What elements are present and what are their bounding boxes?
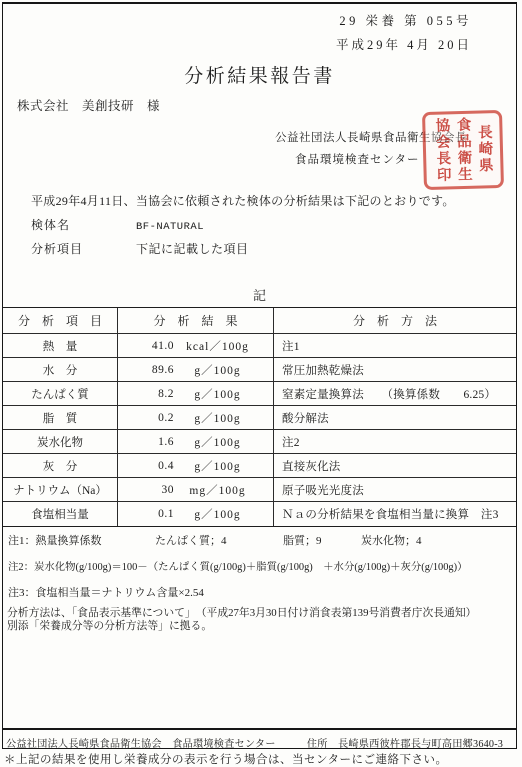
table-cell-method: 注2 (274, 430, 516, 454)
result-value: 1.6 (128, 436, 174, 448)
analysis-items-value: 下記に記載した項目 (136, 242, 249, 256)
table-cell-result: 89.6 g／100g (118, 358, 274, 382)
column-header-method: 分 析 方 法 (274, 308, 516, 334)
table-cell-result: 41.0 kcal／100g (118, 334, 274, 358)
footer-org-address: 公益社団法人長崎県食品衛生協会 食品環境検査センター 住所 長崎県西彼杵郡長与町… (6, 735, 514, 750)
table-cell-item: 炭水化物 (3, 430, 118, 454)
addressee: 株式会社 美創技研 様 (17, 96, 160, 114)
result-unit: g／100g (174, 410, 261, 426)
column-header-result: 分 析 結 果 (118, 308, 274, 334)
table-cell-item: 熱 量 (3, 334, 118, 358)
sample-name-row: 検体名 BF-NATURAL (31, 216, 204, 233)
result-value: 0.2 (128, 412, 174, 424)
result-unit: g／100g (174, 506, 261, 522)
note-1-part: 炭水化物；4 (361, 532, 422, 548)
note-3: 注3：食塩相当量＝ナトリウム含量×2.54 (8, 584, 516, 600)
result-unit: g／100g (174, 386, 261, 402)
table-cell-method: 窒素定量換算法 （換算係数 6.25） (274, 382, 516, 406)
table-cell-item: 水 分 (3, 358, 118, 382)
result-unit: g／100g (174, 362, 261, 378)
official-seal-stamp: 長崎県 食品衛生 協会長印 (422, 110, 504, 190)
result-unit: mg／100g (174, 482, 261, 498)
note-2: 注2：炭水化物(g/100g)＝100－（たんぱく質(g/100g)＋脂質(g/… (8, 558, 516, 573)
intro-sentence: 平成29年4月11日、当協会に依頼された検体の分析結果は下記のとおりです。 (31, 192, 455, 209)
table-cell-item: たんぱく質 (3, 382, 118, 406)
table-cell-method: 原子吸光光度法 (274, 478, 516, 502)
note-1: 注1：熱量換算係数 たんぱく質；4 脂質；9 炭水化物；4 (3, 532, 516, 546)
result-unit: g／100g (174, 458, 261, 474)
result-value: 89.6 (128, 364, 174, 376)
result-value: 8.2 (128, 388, 174, 400)
doc-number: 29 栄養 第 055号 (339, 11, 472, 29)
scanned-report: { "header": { "doc_number": "29 栄養 第 055… (0, 0, 522, 767)
result-value: 0.1 (128, 508, 174, 520)
bottom-contact-note: ＊上記の結果を使用し栄養成分の表示を行う場合は、当センターにご連絡下さい。 (4, 751, 448, 767)
page-title: 分析結果報告書 (3, 61, 516, 88)
table-cell-method: 酸分解法 (274, 406, 516, 430)
table-cell-method: 直接灰化法 (274, 454, 516, 478)
table-cell-result: 8.2 g／100g (118, 382, 274, 406)
table-cell-method: Ｎａの分析結果を食塩相当量に換算 注3 (274, 502, 516, 526)
table-cell-result: 0.2 g／100g (118, 406, 274, 430)
footer-divider (3, 728, 516, 730)
analysis-table: 分 析 項 目 分 析 結 果 分 析 方 法 熱 量 41.0 kcal／10… (3, 307, 516, 527)
issuer-org-center: 食品環境検査センター (295, 151, 420, 167)
note-1-part: 脂質；9 (283, 532, 322, 548)
stamp-text-column: 食品衛生 (455, 117, 471, 183)
note-1-part: たんぱく質；4 (155, 532, 227, 548)
result-value: 30 (128, 484, 174, 496)
analysis-items-row: 分析項目 下記に記載した項目 (31, 240, 249, 257)
table-cell-result: 1.6 g／100g (118, 430, 274, 454)
table-cell-item: ナトリウム（Na） (3, 478, 118, 502)
column-header-item: 分 析 項 目 (3, 308, 118, 334)
table-cell-item: 脂 質 (3, 406, 118, 430)
stamp-text-column: 協会長印 (434, 117, 450, 183)
result-value: 0.4 (128, 460, 174, 472)
table-cell-method: 常圧加熱乾燥法 (274, 358, 516, 382)
note-1-label: 注1：熱量換算係数 (8, 532, 102, 548)
stamp-text-column: 長崎県 (476, 125, 492, 175)
table-cell-result: 30 mg／100g (118, 478, 274, 502)
result-value: 41.0 (128, 340, 174, 352)
table-cell-item: 食塩相当量 (3, 502, 118, 526)
sample-name-value: BF-NATURAL (136, 221, 204, 233)
doc-date: 平成29年 4月 20日 (336, 35, 472, 53)
result-unit: kcal／100g (174, 338, 261, 354)
document-page: 29 栄養 第 055号 平成29年 4月 20日 分析結果報告書 株式会社 美… (2, 2, 517, 749)
table-cell-method: 注1 (274, 334, 516, 358)
table-cell-result: 0.1 g／100g (118, 502, 274, 526)
ki-heading: 記 (3, 285, 516, 304)
analysis-items-label: 分析項目 (31, 240, 133, 257)
method-reference-line-2: 別添「栄養成分等の分析方法等」に拠る。 (7, 618, 516, 633)
result-unit: g／100g (174, 434, 261, 450)
sample-name-label: 検体名 (31, 216, 133, 233)
table-cell-item: 灰 分 (3, 454, 118, 478)
table-cell-result: 0.4 g／100g (118, 454, 274, 478)
